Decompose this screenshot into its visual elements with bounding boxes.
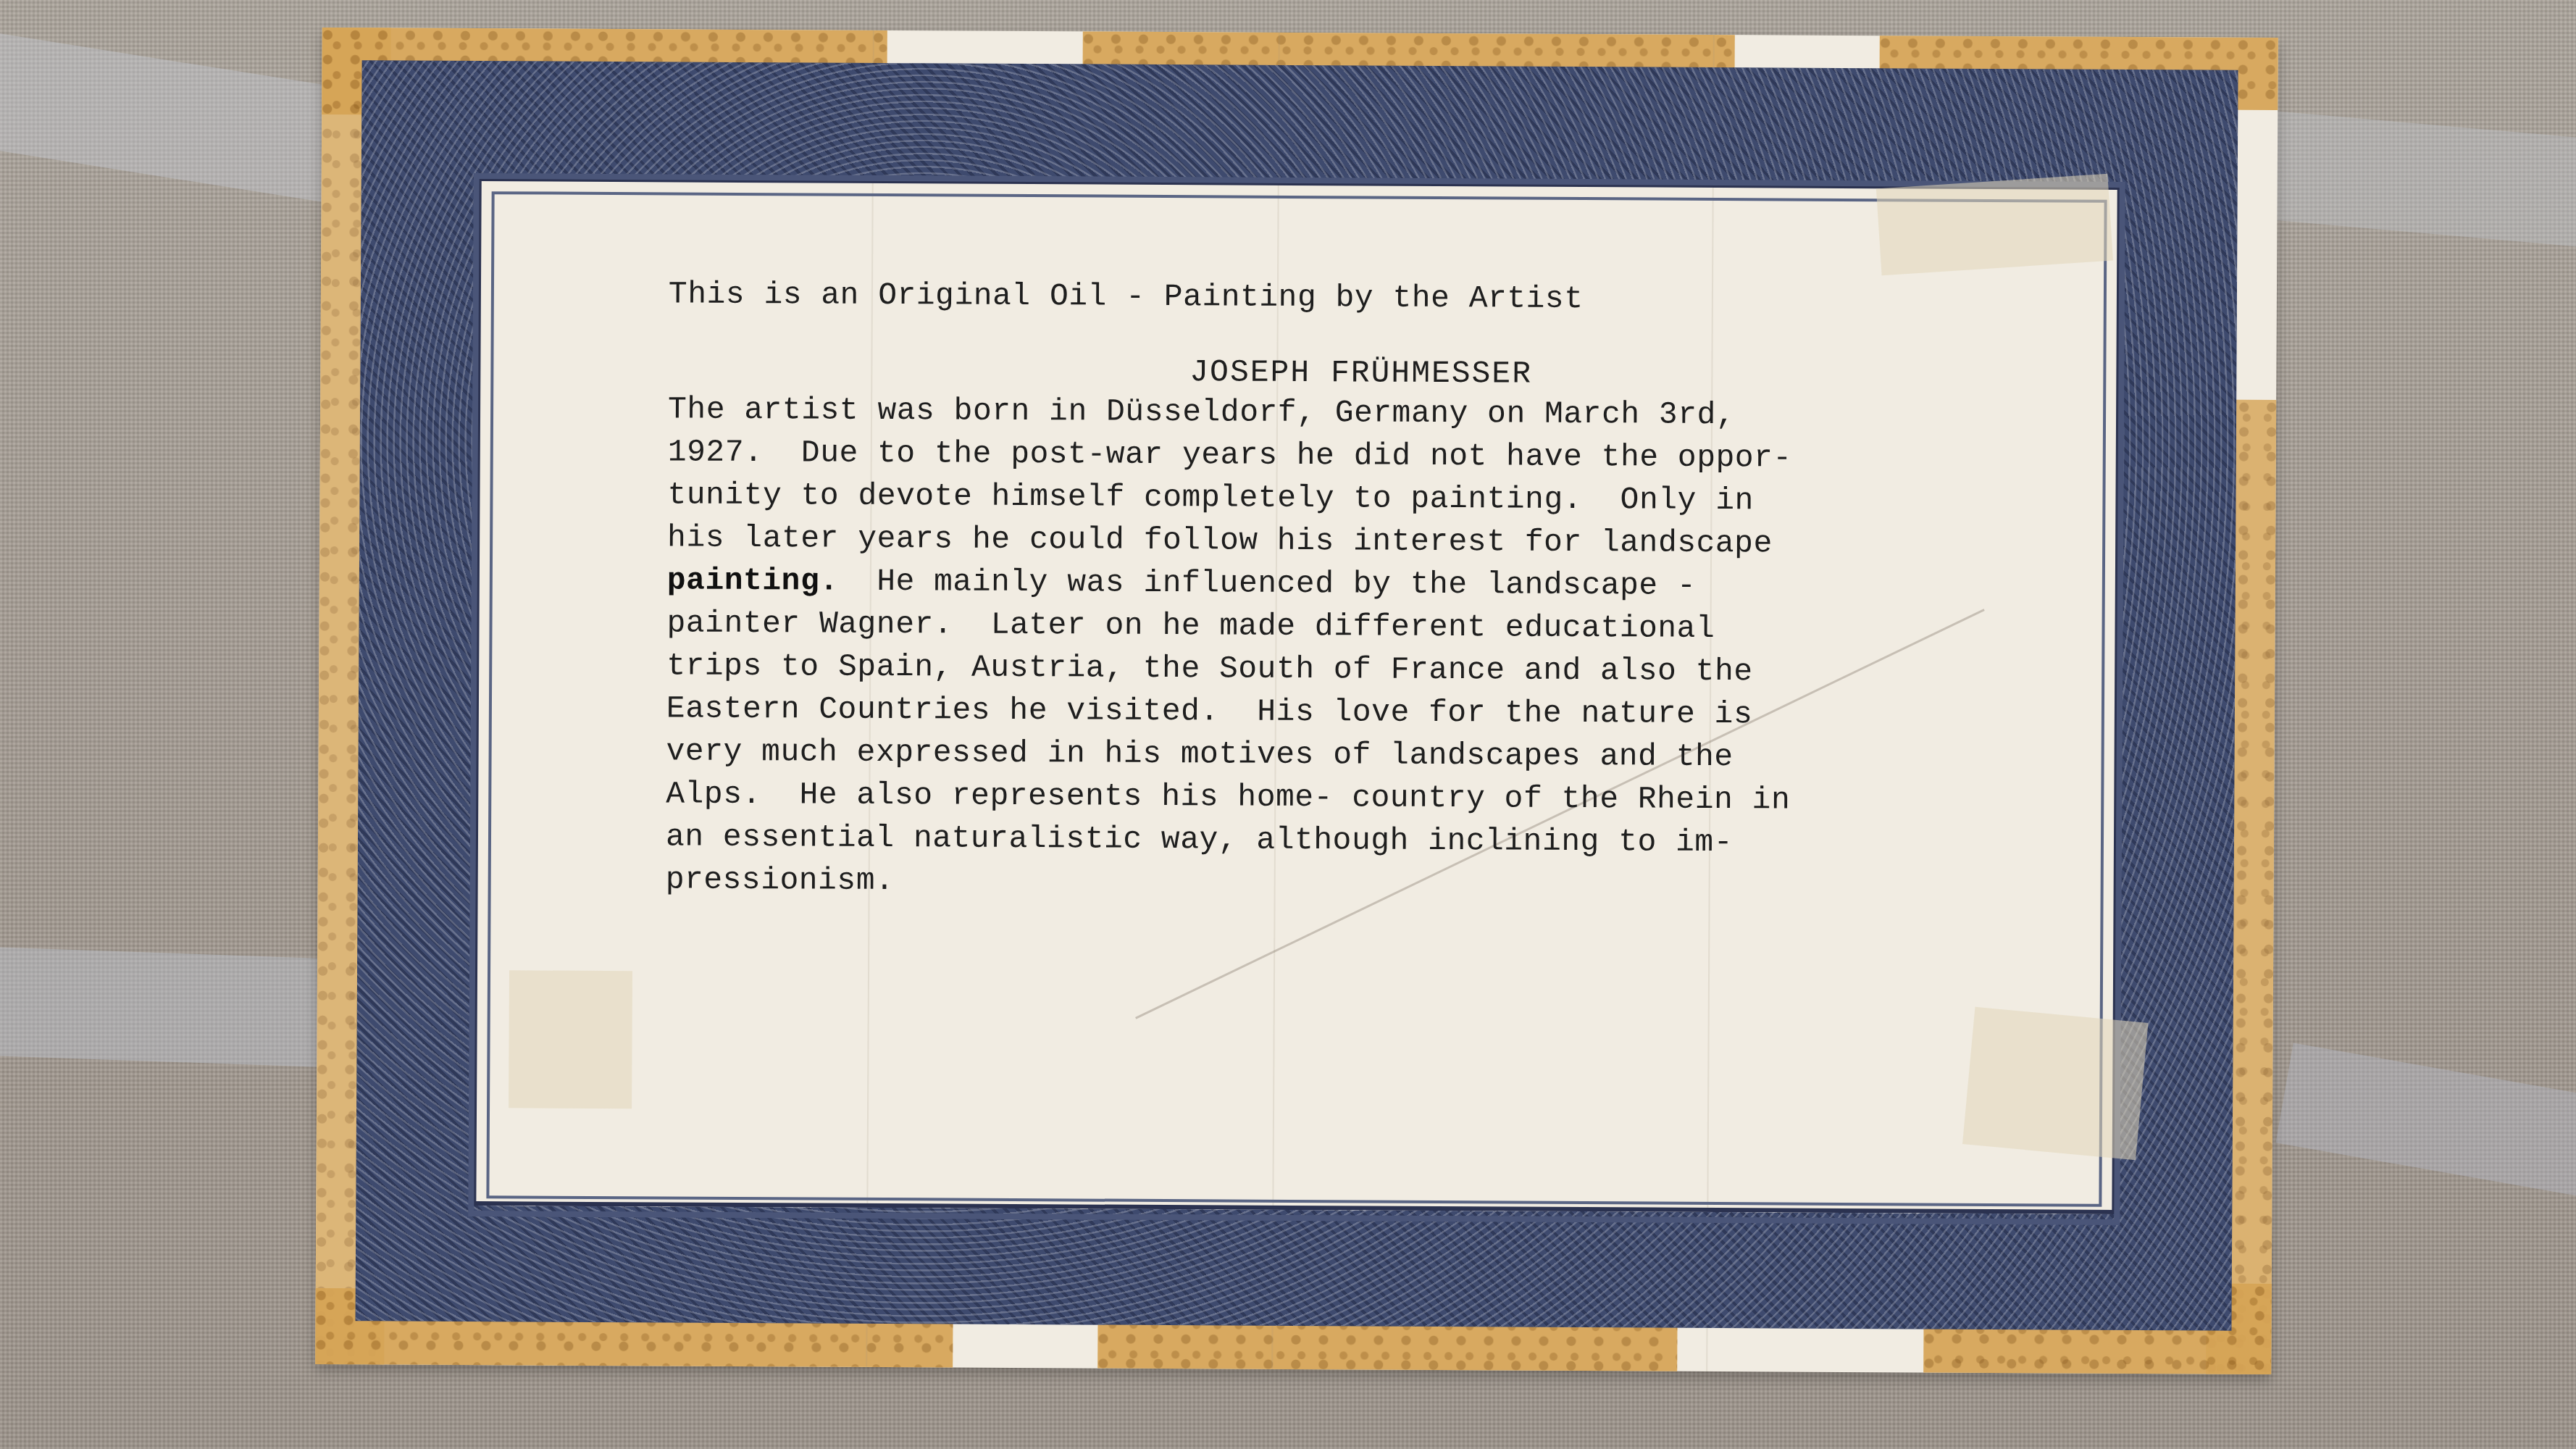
biography-text: The artist was born in Düsseldorf, Germa… [666, 388, 2045, 909]
text-line: pressionism. [666, 859, 2042, 909]
artist-label-sheet: This is an Original Oil - Painting by th… [315, 28, 2278, 1374]
text-line: an essential naturalistic way, although … [666, 816, 2042, 866]
text-line: Eastern Countries he visited. His love f… [666, 688, 2043, 738]
paper-tape-piece [1876, 174, 2113, 275]
text-line: 1927. Due to the post-war years he did n… [668, 431, 2044, 481]
text-line: trips to Spain, Austria, the South of Fr… [666, 645, 2043, 695]
text-line: very much expressed in his motives of la… [666, 730, 2042, 780]
paper-tape-piece [509, 970, 632, 1108]
text-line: his later years he could follow his inte… [667, 517, 2044, 567]
bold-word: painting. [667, 563, 839, 599]
clear-tape-strip [2275, 1043, 2576, 1203]
text-line: painting. He mainly was influenced by th… [667, 559, 2044, 609]
text-line: tunity to devote himself completely to p… [667, 474, 2044, 524]
document-heading: This is an Original Oil - Painting by th… [669, 275, 2045, 320]
text-line: painter Wagner. Later on he made differe… [666, 602, 2043, 652]
typed-text-block: This is an Original Oil - Painting by th… [666, 275, 2045, 908]
text-line: Alps. He also represents his home- count… [666, 773, 2042, 823]
paper-tape-piece [1962, 1007, 2149, 1160]
artist-name: JOSEPH FRÜHMESSER [1189, 354, 2044, 396]
text-line: The artist was born in Düsseldorf, Germa… [668, 388, 2044, 438]
